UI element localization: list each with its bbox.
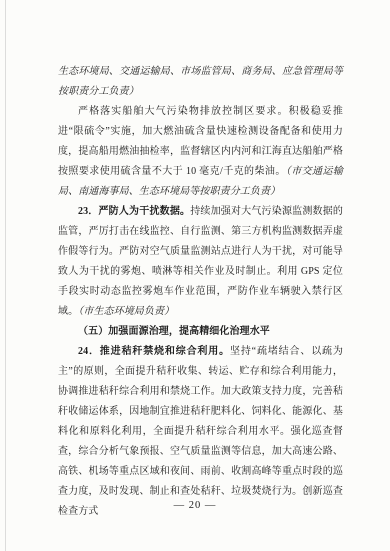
paragraph-responsibility-continuation: 生态环境局、交通运输局、市场监管局、商务局、应急管理局等按职责分工负责） xyxy=(58,62,343,102)
attribution-text: （市生态环境局负责） xyxy=(78,306,174,317)
page-number: — 20 — xyxy=(0,500,390,511)
body-text: 持续加强对大气污染源监测数据的监管，严厉打击在线监控、自行监测、第三方机构监测数… xyxy=(58,206,343,317)
section-5-heading: （五）加强面源治理，提高精细化治理水平 xyxy=(58,322,343,342)
document-body: 生态环境局、交通运输局、市场监管局、商务局、应急管理局等按职责分工负责） 严格落… xyxy=(58,62,343,522)
section-heading-text: （五）加强面源治理，提高精细化治理水平 xyxy=(78,326,270,337)
paragraph-item-23: 23．严防人为干扰数据。持续加强对大气污染源监测数据的监管，严厉打击在线监控、自… xyxy=(58,202,343,322)
document-page: 生态环境局、交通运输局、市场监管局、商务局、应急管理局等按职责分工负责） 严格落… xyxy=(0,0,390,551)
body-text: 坚持“疏堵结合、以疏为主”的原则，全面提升秸秆收集、转运、贮存和综合利用能力，协… xyxy=(58,346,343,517)
paragraph-ship-fuel-control: 严格落实船舶大气污染物排放控制区要求。积极稳妥推进“限硫令”实施，加大燃油硫含量… xyxy=(58,102,343,202)
item-23-topic-sentence: 23．严防人为干扰数据。 xyxy=(78,206,190,217)
paragraph-item-24: 24．推进秸秆禁烧和综合利用。坚持“疏堵结合、以疏为主”的原则，全面提升秸秆收集… xyxy=(58,342,343,522)
item-24-topic-sentence: 24．推进秸秆禁烧和综合利用。 xyxy=(78,346,230,357)
scan-edge-artifact xyxy=(5,0,6,551)
attribution-text: 生态环境局、交通运输局、市场监管局、商务局、应急管理局等按职责分工负责） xyxy=(58,66,343,97)
